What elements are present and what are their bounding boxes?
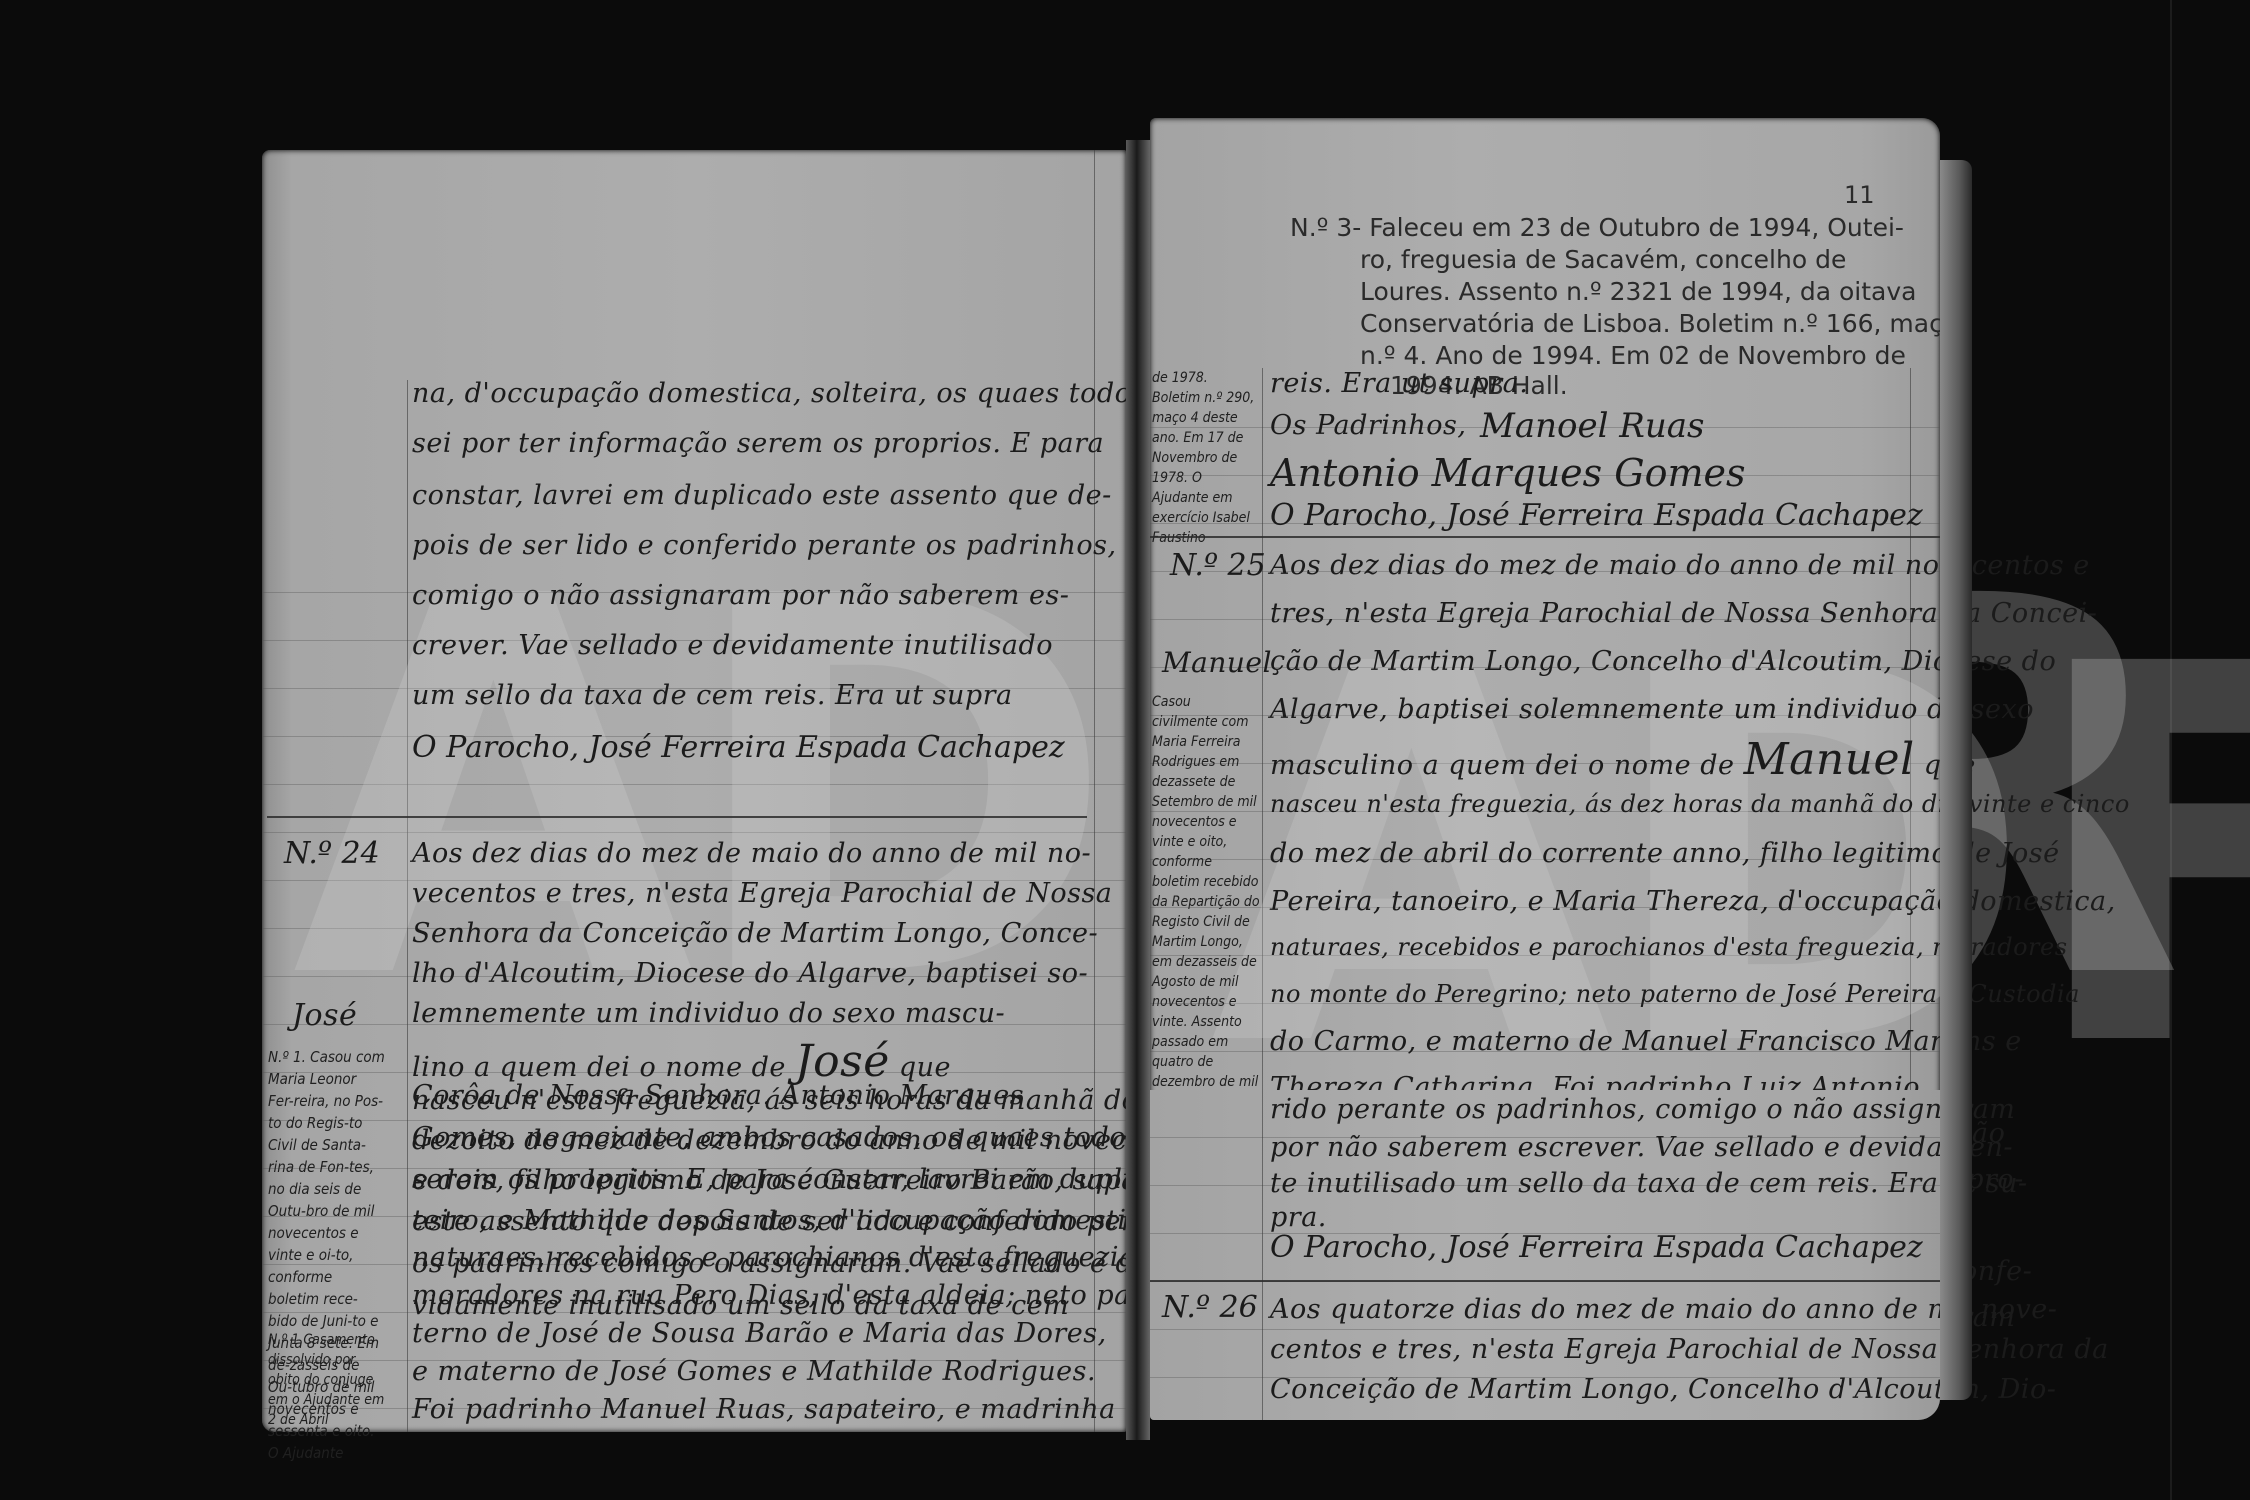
right-margin-rule	[1094, 150, 1095, 1432]
entry-divider	[1150, 1280, 1940, 1282]
scanner-edge	[2170, 0, 2172, 1500]
entry-line: pra.	[1270, 1202, 1327, 1233]
death-annotation-line: Conservatória de Lisboa. Boletim n.º 166…	[1360, 306, 1958, 341]
entry-line: do Carmo, e materno de Manuel Francisco …	[1270, 1026, 2022, 1057]
continuation-line: um sello da taxa de cem reis. Era ut sup…	[412, 680, 1013, 711]
right-page-lower: rido perante os padrinhos, comigo o não …	[1150, 1090, 1940, 1420]
continuation-line: crever. Vae sellado e devidamente inutil…	[412, 630, 1053, 661]
entry-line: lemnemente um individuo do sexo mascu-	[412, 998, 1005, 1029]
entry-number: N.º 25	[1170, 548, 1266, 583]
continuation-line: comigo o não assignaram por não saberem …	[412, 580, 1069, 611]
entry-line: por não saberem escrever. Vae sellado e …	[1270, 1132, 2013, 1163]
entry-line-suffix: que	[899, 1052, 951, 1083]
parish-priest-signature: O Parocho, José Ferreira Espada Cachapez	[1270, 498, 1923, 533]
continuation-line: na, d'occupação domestica, solteira, os …	[412, 378, 1146, 409]
death-annotation-line: Loures. Assento n.º 2321 de 1994, da oit…	[1360, 274, 1917, 309]
margin-baptized-name: Manuel	[1162, 646, 1272, 679]
page-number: 11	[1844, 178, 1875, 213]
entry-divider	[1150, 536, 1940, 538]
entry-divider	[267, 816, 1087, 818]
continuation-line: Os Padrinhos,	[1270, 410, 1466, 441]
entry-line: Gomes, negociante, ambos casados, os qua…	[412, 1122, 1189, 1153]
godfather-signature: Manoel Ruas	[1480, 406, 1704, 446]
entry-line: lho d'Alcoutim, Diocese do Algarve, bapt…	[412, 958, 1088, 989]
continuation-line: constar, lavrei em duplicado este assent…	[412, 480, 1112, 511]
death-annotation-line: ro, freguesia de Sacavém, concelho de	[1360, 242, 1846, 277]
parish-priest-signature: O Parocho, José Ferreira Espada Cachapez	[412, 730, 1065, 765]
entry-number: N.º 26	[1162, 1290, 1258, 1325]
margin-baptized-name: José	[292, 998, 357, 1033]
margin-rule	[407, 380, 408, 1432]
continuation-line: reis. Era ut supra.	[1270, 368, 1528, 399]
margin-note-2: N.º 1 Casamento dissolvido por obito do …	[268, 1330, 386, 1430]
entry-line-text: masculino a quem dei o nome de	[1270, 750, 1734, 781]
entry-line: Algarve, baptisei solemnemente um indivi…	[1270, 694, 2034, 725]
book-spine	[1126, 140, 1150, 1440]
entry-line: Pereira, tanoeiro, e Maria Thereza, d'oc…	[1270, 886, 2116, 917]
entry-line: centos e tres, n'esta Egreja Parochial d…	[1270, 1334, 2109, 1365]
entry-line: ção de Martim Longo, Concelho d'Alcoutim…	[1270, 646, 2056, 677]
entry-line: Corôa de Nossa Senhora. Antonio Marques	[412, 1080, 1024, 1111]
entry-line: Conceição de Martim Longo, Concelho d'Al…	[1270, 1374, 2056, 1405]
entry-line: Aos dez dias do mez de maio do anno de m…	[412, 838, 1091, 869]
margin-marriage-note: Casou civilmente com Maria Ferreira Rodr…	[1152, 692, 1260, 1152]
parish-priest-signature: O Parocho, José Ferreira Espada Cachapez	[1270, 1230, 1923, 1265]
entry-line: nasceu n'esta freguezia, ás dez horas da…	[1270, 790, 2130, 818]
margin-registry-note: de 1978. Boletim n.º 290, maço 4 deste a…	[1152, 368, 1260, 548]
entry-line: Foi padrinho Manuel Ruas, sapateiro, e m…	[412, 1394, 1116, 1425]
page-stack-edge	[1940, 160, 1972, 1400]
entry-line: os padrinhos comigo o assignaram. Vae se…	[412, 1248, 1159, 1279]
entry-line: vecentos e tres, n'esta Egreja Parochial…	[412, 878, 1112, 909]
margin-rule	[1262, 1090, 1263, 1420]
entry-line: vidamente inutilisado um sello da taxa d…	[412, 1290, 1069, 1321]
continuation-line: sei por ter informação serem os proprios…	[412, 428, 1104, 459]
entry-line: masculino a quem dei o nome de Manuel qu…	[1270, 734, 1976, 785]
entry-number: N.º 24	[284, 836, 380, 871]
entry-line: e materno de José Gomes e Mathilde Rodri…	[412, 1356, 1096, 1387]
entry-line: tres, n'esta Egreja Parochial de Nossa S…	[1270, 598, 2097, 629]
entry-line-text: lino a quem dei o nome de	[412, 1052, 786, 1083]
entry-line: Senhora da Conceição de Martim Longo, Co…	[412, 918, 1098, 949]
entry-line: serem os proprios. E, para constar, lavr…	[412, 1164, 1198, 1195]
godfather-signature-2: Antonio Marques Gomes	[1270, 451, 1746, 495]
entry-line: rido perante os padrinhos, comigo o não …	[1270, 1094, 2015, 1125]
entry-line: te inutilisado um sello da taxa de cem r…	[1270, 1168, 2028, 1199]
entry-line: este assento que depois de ser lido e co…	[412, 1206, 1197, 1237]
left-page: ADFAR na, d'occupação domestica, solteir…	[262, 150, 1126, 1432]
death-annotation-line: N.º 3- Faleceu em 23 de Outubro de 1994,…	[1290, 210, 1904, 245]
continuation-line: pois de ser lido e conferido perante os …	[412, 530, 1117, 561]
entry-line: terno de José de Sousa Barão e Maria das…	[412, 1318, 1107, 1349]
baptized-name: Manuel	[1744, 734, 1915, 785]
